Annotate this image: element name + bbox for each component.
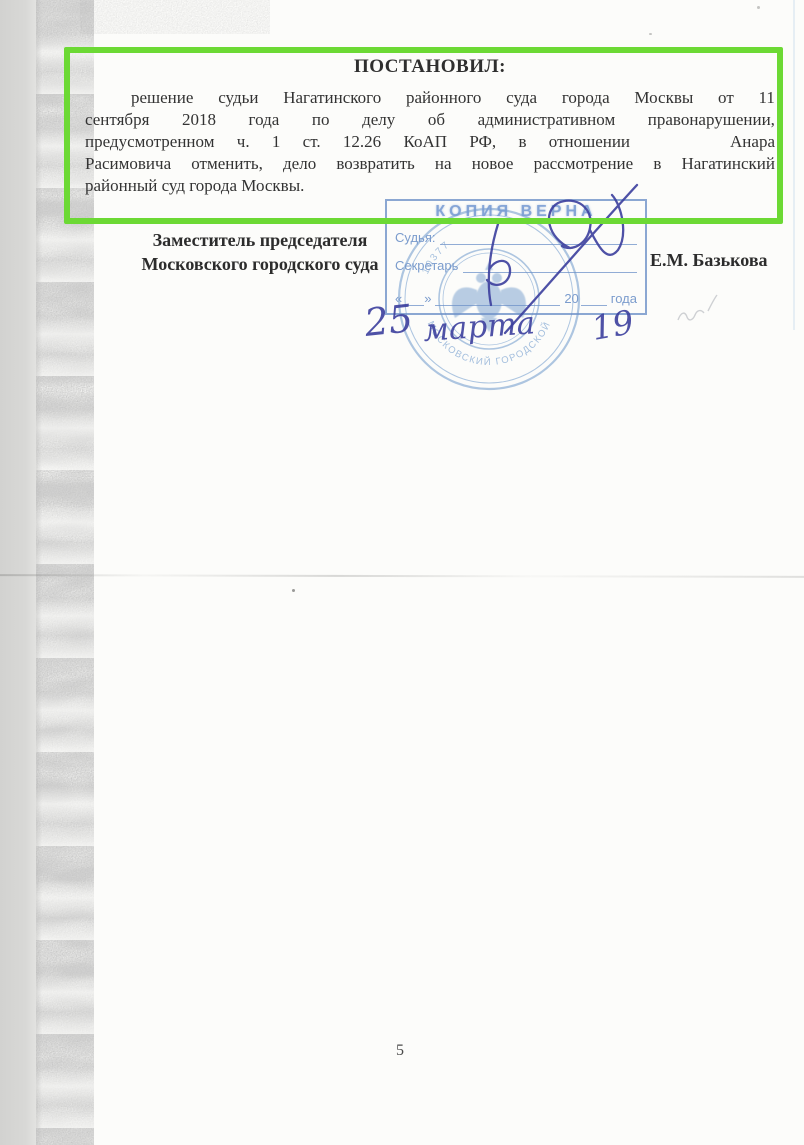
scan-speck: [757, 6, 760, 9]
stamp-quote-close: »: [424, 291, 431, 306]
photocopy-noise-top: [80, 0, 270, 34]
signatory-title-line2: Московского городского суда: [128, 252, 392, 276]
stamp-year-line: [581, 290, 607, 306]
scan-speck: [292, 589, 295, 592]
svg-text:МОСКОВСКИЙ ГОРОДСКОЙ: МОСКОВСКИЙ ГОРОДСКОЙ: [425, 319, 554, 368]
signatory-name: Е.М. Базькова: [650, 250, 768, 271]
seal-ring-text: МОСКОВСКИЙ ГОРОДСКОЙ: [425, 319, 554, 368]
signatory-title-line1: Заместитель председателя: [128, 228, 392, 252]
signatory-title: Заместитель председателя Московского гор…: [128, 228, 392, 276]
page-number: 5: [380, 1042, 420, 1060]
stamp-day-line: [402, 290, 424, 306]
paper-fold-crease: [0, 574, 804, 578]
stamp-judge-label: Судья:: [395, 230, 435, 245]
stamp-quote-open: «: [395, 291, 402, 306]
scan-streak: [793, 0, 795, 330]
stamp-year-suffix: года: [611, 291, 637, 306]
scanned-court-document-page: ПОСТАНОВИЛ: решениесудьиНагатинскогорайо…: [0, 0, 804, 1145]
stamp-judge-signature-line: [440, 229, 637, 245]
highlight-rectangle: [64, 47, 783, 224]
scan-speck: [649, 33, 652, 35]
stamp-secretary-signature-line: [463, 257, 637, 273]
stamp-year-prefix: 20: [564, 291, 578, 306]
pencil-scribble: [678, 295, 717, 320]
stamp-secretary-label: Секретарь: [395, 258, 458, 273]
stamp-month-line: [435, 290, 560, 306]
